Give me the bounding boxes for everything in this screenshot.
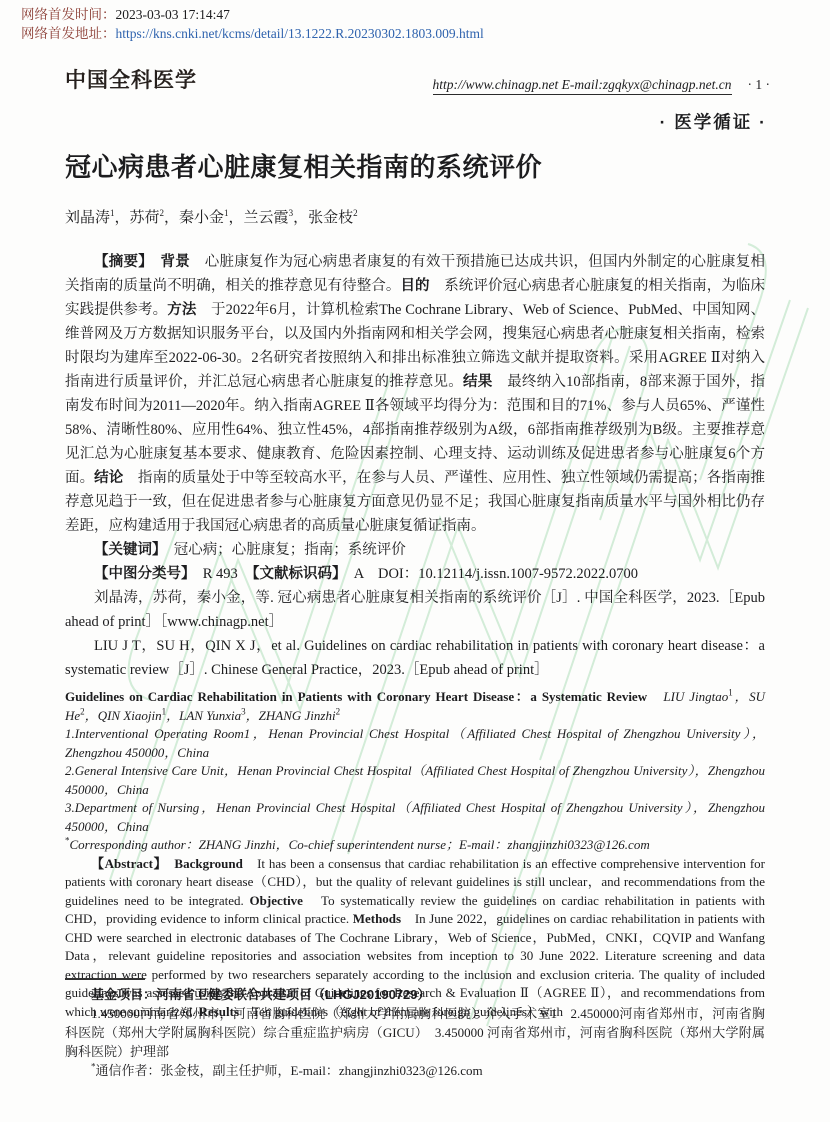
- corresponding-author-cn: *通信作者：张金枝，副主任护师，E-mail：zhangjinzhi0323@1…: [65, 1061, 765, 1080]
- journal-name: 中国全科医学: [65, 64, 197, 94]
- footnote: 基金项目：河南省卫健委联合共建项目（LHGJ20190729） 1.450000…: [65, 978, 765, 1080]
- affiliation-3: 3.Department of Nursing，Henan Provincial…: [65, 799, 765, 836]
- article-body: 【摘要】 背景 心脏康复作为冠心病患者康复的有效干预措施已达成共识，但国内外制定…: [65, 250, 765, 1021]
- journal-contact-url: http://www.chinagp.net E-mail:zgqkyx@chi…: [433, 77, 732, 95]
- authors-cn: 刘晶涛1，苏荷2，秦小金1，兰云霞3，张金枝2: [65, 206, 358, 227]
- keywords-cn: 【关键词】 冠心病；心脏康复；指南；系统评价: [65, 538, 765, 562]
- fund-project: 基金项目：河南省卫健委联合共建项目（LHGJ20190729）: [65, 985, 765, 1004]
- footnote-rule: [65, 978, 145, 980]
- publish-meta: 网络首发时间：2023-03-03 17:14:47 网络首发地址：https:…: [21, 5, 484, 43]
- citation-en: LIU J T，SU H，QIN X J，et al. Guidelines o…: [65, 634, 765, 682]
- article-title: 冠心病患者心脏康复相关指南的系统评价: [65, 147, 542, 184]
- author-affiliations-cn: 1.450000河南省郑州市，河南省胸科医院（郑州大学附属胸科医院）介入手术室1…: [65, 1004, 765, 1061]
- citation-cn: 刘晶涛，苏荷，秦小金，等. 冠心病患者心脏康复相关指南的系统评价［J］. 中国全…: [65, 586, 765, 634]
- journal-header: 中国全科医学 http://www.chinagp.net E-mail:zgq…: [65, 64, 770, 94]
- title-en: Guidelines on Cardiac Rehabilitation in …: [65, 688, 765, 725]
- affiliation-1: 1.Interventional Operating Room1，Henan P…: [65, 725, 765, 762]
- section-label: · 医学循证 ·: [660, 109, 767, 134]
- publish-time-label: 网络首发时间：: [21, 7, 116, 22]
- english-section: Guidelines on Cardiac Rehabilitation in …: [65, 688, 765, 1021]
- abstract-cn: 【摘要】 背景 心脏康复作为冠心病患者康复的有效干预措施已达成共识，但国内外制定…: [65, 250, 765, 538]
- page-number: · 1 ·: [748, 77, 771, 92]
- affiliation-2: 2.General Intensive Care Unit，Henan Prov…: [65, 762, 765, 799]
- publish-url-link[interactable]: https://kns.cnki.net/kcms/detail/13.1222…: [116, 26, 484, 41]
- classification-doi-line: 【中图分类号】 R 493 【文献标识码】 A DOI：10.12114/j.i…: [65, 562, 765, 586]
- publish-time-value: 2023-03-03 17:14:47: [116, 7, 230, 22]
- corresponding-author-en: *Corresponding author：ZHANG Jinzhi，Co-ch…: [65, 836, 765, 855]
- journal-page: 网络首发时间：2023-03-03 17:14:47 网络首发地址：https:…: [0, 0, 830, 1122]
- publish-url-label: 网络首发地址：: [21, 26, 116, 41]
